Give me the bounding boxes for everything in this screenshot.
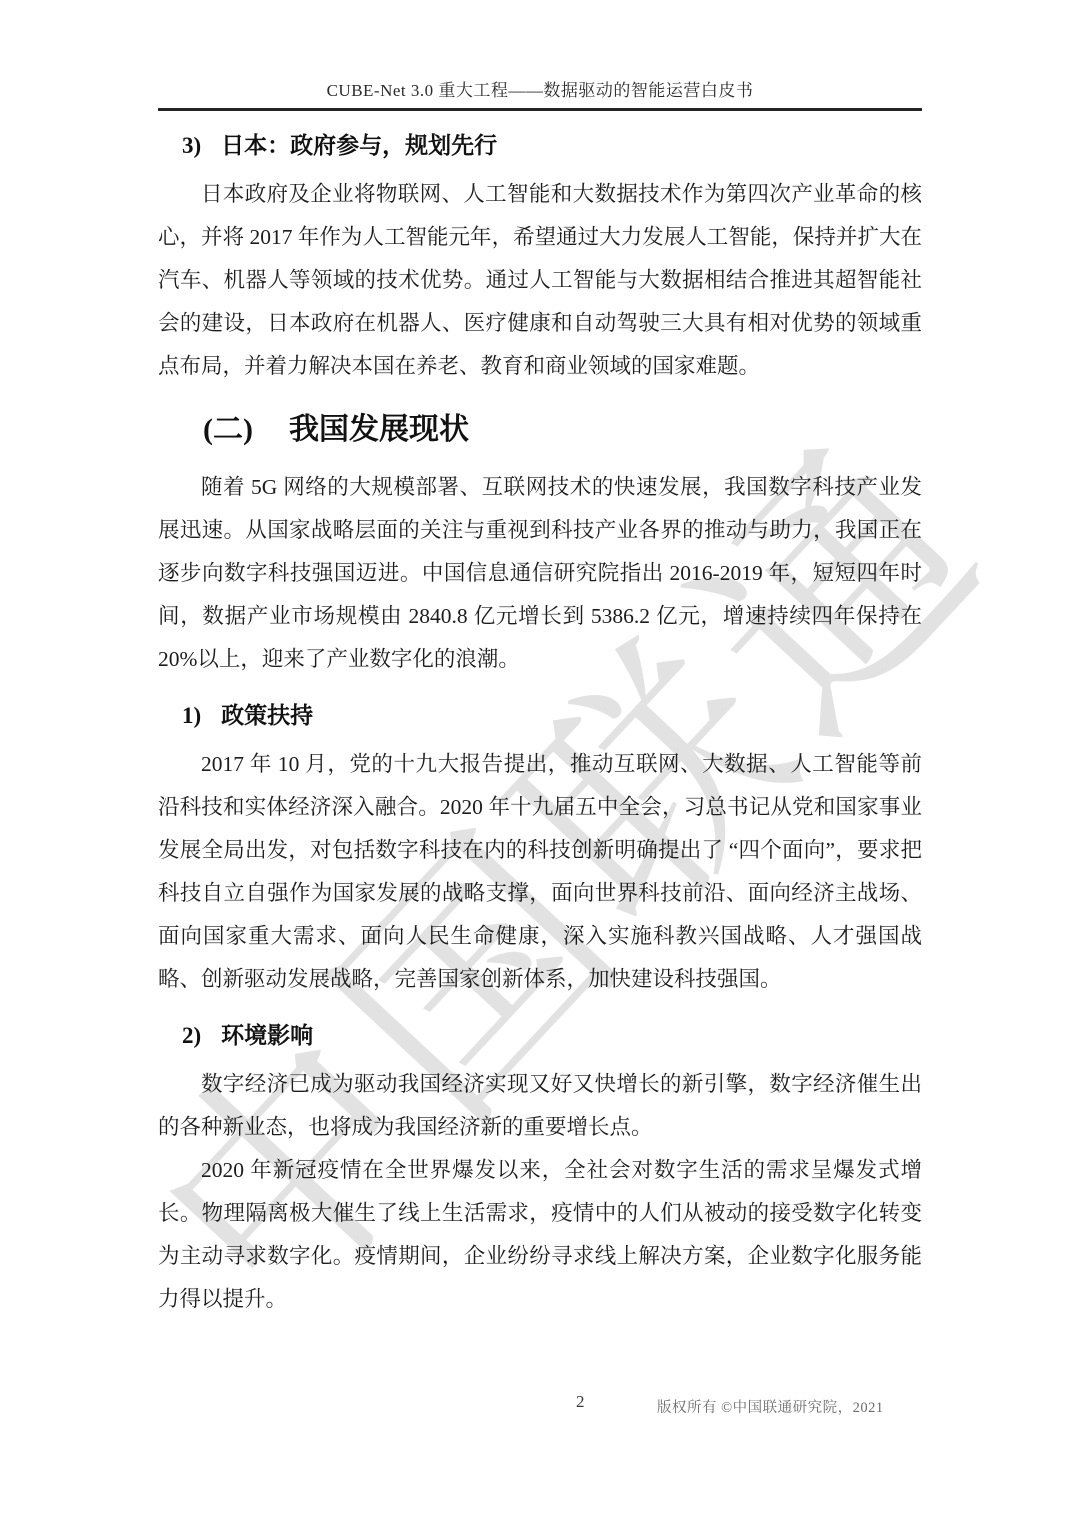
header-title: CUBE-Net 3.0 重大工程——数据驱动的智能运营白皮书 (0, 0, 1080, 101)
heading-text: 环境影响 (221, 1023, 313, 1048)
heading-environment-impact: 2)环境影响 (182, 1021, 922, 1051)
heading-number: 1) (182, 703, 201, 728)
footer-copyright: 版权所有 ©中国联通研究院，2021 (657, 1396, 884, 1417)
paragraph-digital-economy: 数字经济已成为驱动我国经济实现又好又快增长的新引擎，数字经济催生出的各种新业态，… (158, 1063, 922, 1149)
heading-china-status: (二)我国发展现状 (203, 410, 922, 450)
heading-policy-support: 1)政策扶持 (182, 701, 922, 731)
header-rule (158, 108, 922, 111)
heading-number: 3) (182, 133, 201, 158)
document-page: 中国联通 CUBE-Net 3.0 重大工程——数据驱动的智能运营白皮书 3)日… (0, 0, 1080, 1527)
paragraph-china-status: 随着 5G 网络的大规模部署、互联网技术的快速发展，我国数字科技产业发展迅速。从… (158, 466, 922, 681)
footer-page-number: 2 (576, 1392, 585, 1412)
heading-number: (二) (203, 413, 253, 446)
heading-number: 2) (182, 1023, 201, 1048)
paragraph-policy-support: 2017 年 10 月，党的十九大报告提出，推动互联网、大数据、人工智能等前沿科… (158, 743, 922, 1001)
document-body: 3)日本：政府参与，规划先行 日本政府及企业将物联网、人工智能和大数据技术作为第… (158, 131, 922, 1321)
heading-text: 政策扶持 (221, 703, 313, 728)
paragraph-japan-overview: 日本政府及企业将物联网、人工智能和大数据技术作为第四次产业革命的核心，并将 20… (158, 173, 922, 388)
paragraph-covid-demand: 2020 年新冠疫情在全世界爆发以来，全社会对数字生活的需求呈爆发式增长。物理隔… (158, 1149, 922, 1321)
heading-japan: 3)日本：政府参与，规划先行 (182, 131, 922, 161)
heading-text: 日本：政府参与，规划先行 (221, 133, 497, 158)
page-header: CUBE-Net 3.0 重大工程——数据驱动的智能运营白皮书 (0, 0, 1080, 111)
heading-text: 我国发展现状 (289, 413, 469, 446)
